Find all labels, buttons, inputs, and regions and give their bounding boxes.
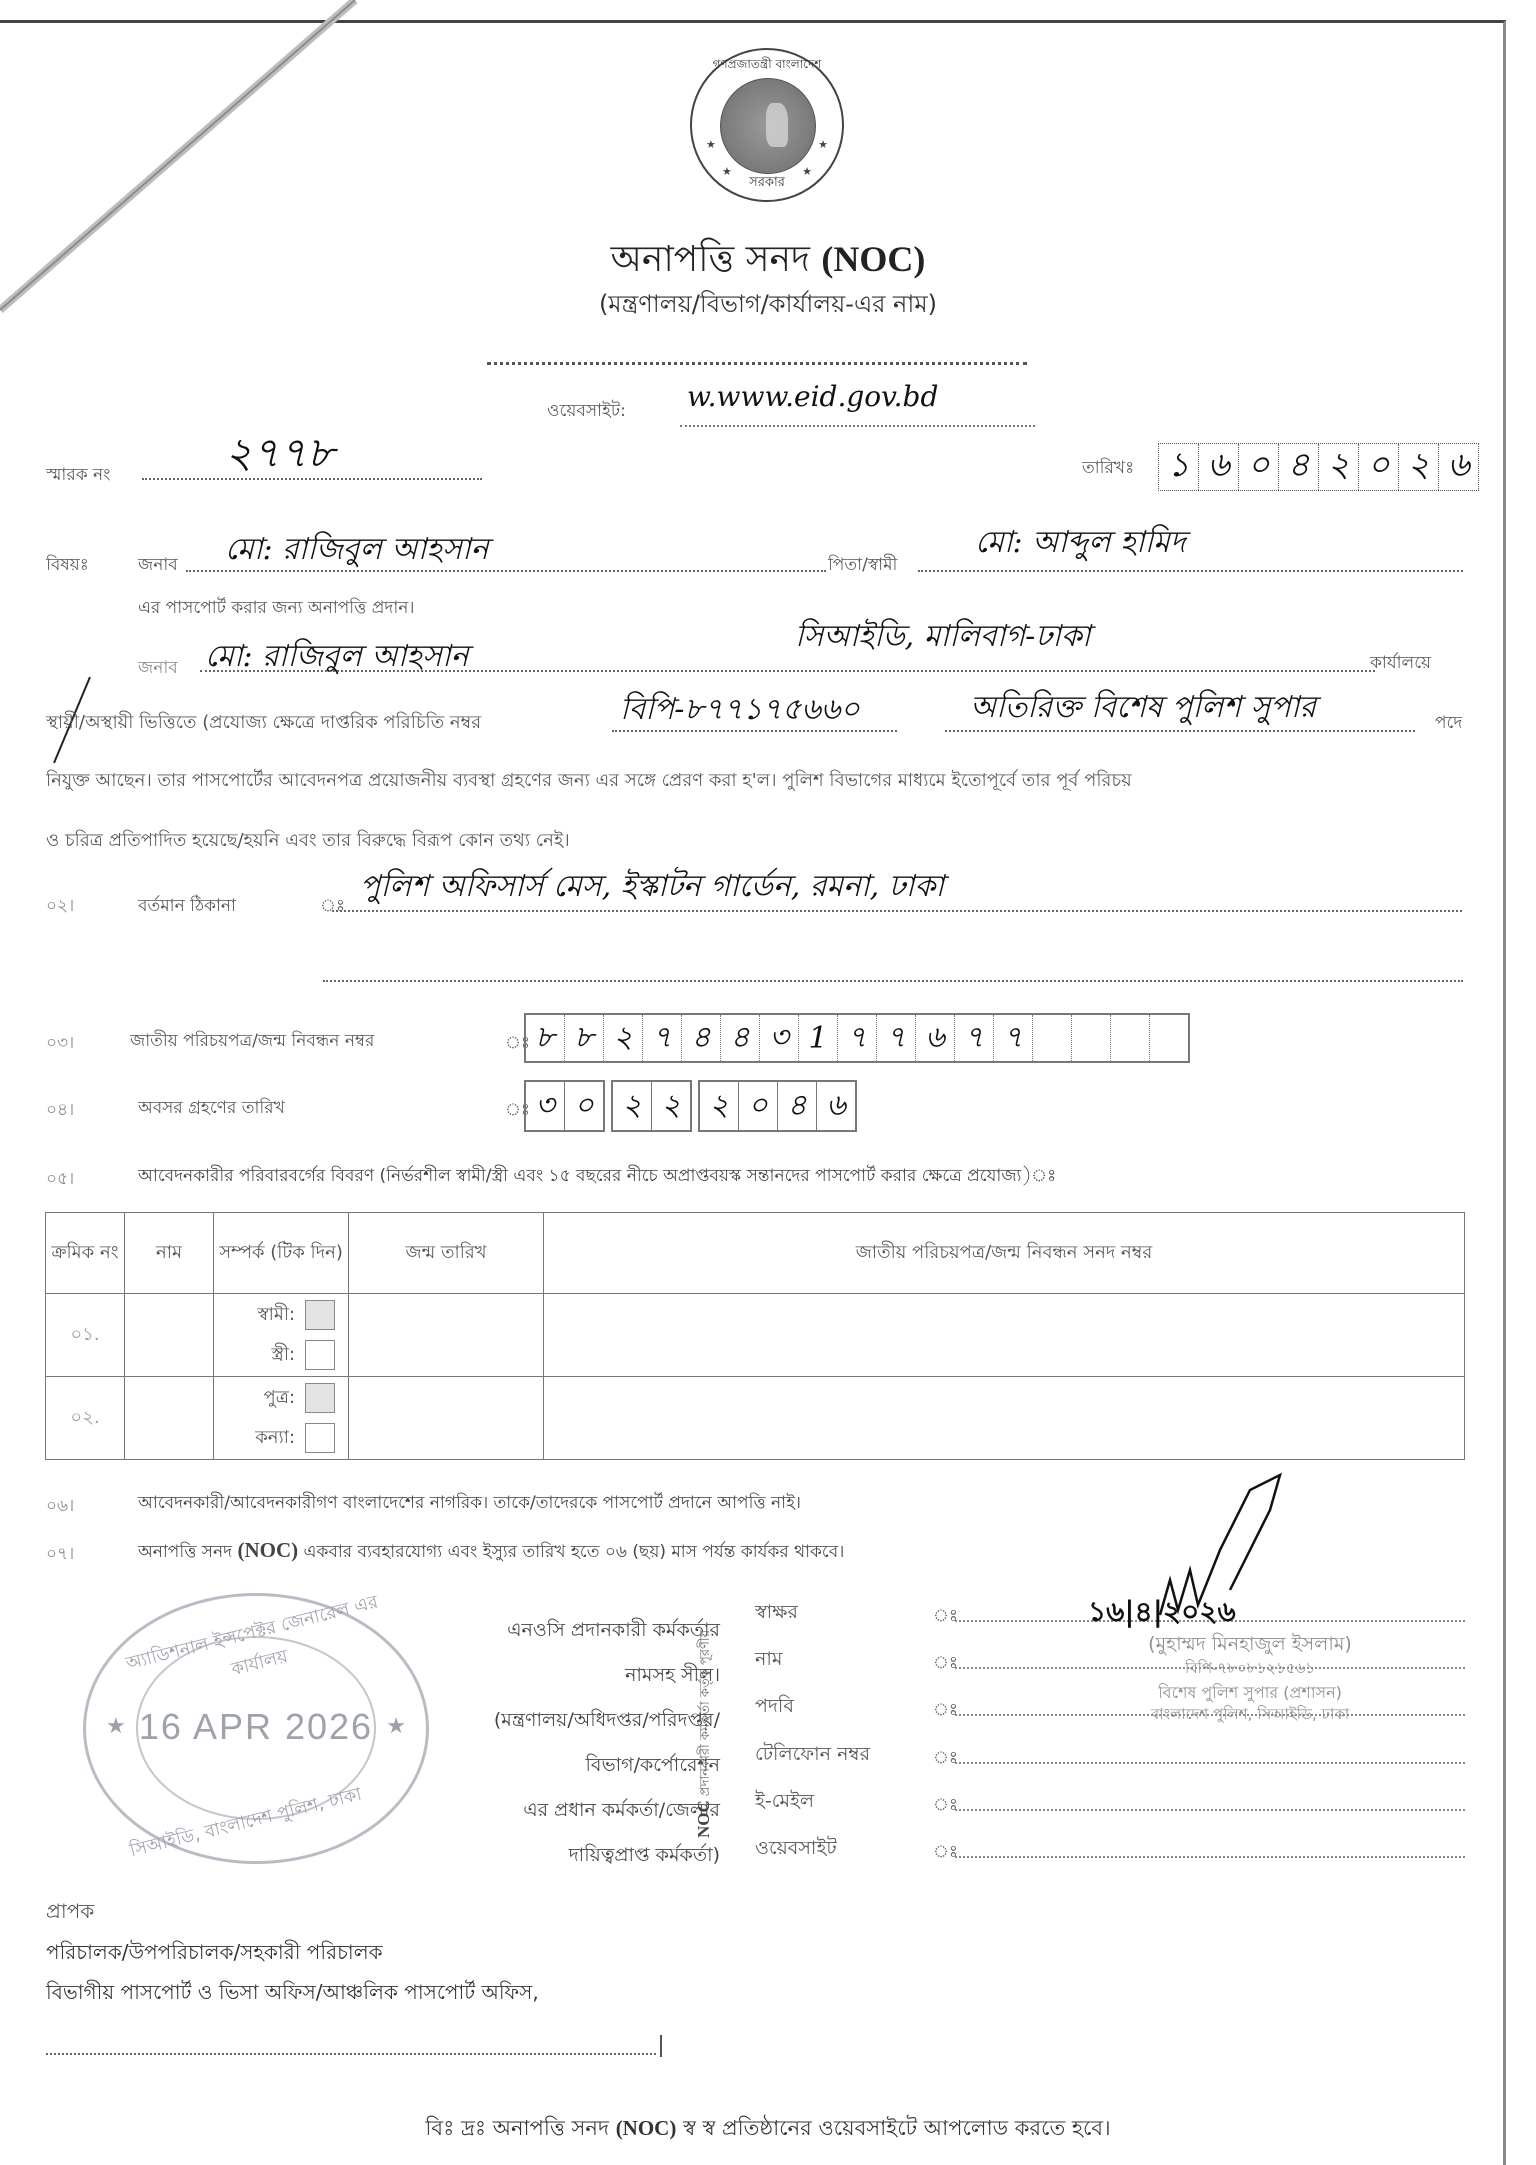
- item-number-03: ০৩।: [46, 1030, 74, 1058]
- father-label: পিতা/স্বামী: [828, 552, 897, 580]
- row-serial: ০১.: [46, 1294, 125, 1377]
- address-line-1: [332, 910, 1462, 912]
- item-number-05: ০৫।: [46, 1166, 74, 1194]
- subject-label: বিষয়ঃ: [46, 552, 89, 580]
- sig-field-signature-label: স্বাক্ষর: [755, 1598, 798, 1630]
- nid-digit-box[interactable]: ৭: [876, 1015, 915, 1061]
- email-field[interactable]: [955, 1809, 1465, 1811]
- declaration-citizen: আবেদনকারী/আবেদনকারীগণ বাংলাদেশের নাগরিক।…: [138, 1490, 801, 1518]
- date-digit-box[interactable]: ২: [1398, 444, 1438, 490]
- row-nid-cell[interactable]: [544, 1377, 1465, 1460]
- nid-label: জাতীয় পরিচয়পত্র/জন্ম নিবন্ধন নম্বর: [130, 1028, 374, 1056]
- seal-top-text: গণপ্রজাতন্ত্রী বাংলাদেশ: [692, 56, 842, 76]
- nid-digit-box[interactable]: ৪: [681, 1015, 720, 1061]
- sig-field-phone-label: টেলিফোন নম্বর: [755, 1740, 870, 1772]
- retirement-digit-box[interactable]: ৪: [777, 1082, 816, 1130]
- applicant-name-2[interactable]: মো: রাজিবুল আহসান: [205, 632, 469, 683]
- id-line-label: স্থায়ী/অস্থায়ী ভিত্তিতে (প্রযোজ্য ক্ষে…: [46, 708, 481, 739]
- website-field-line: [680, 425, 1035, 427]
- page-title: অনাপত্তি সনদ (NOC): [0, 232, 1536, 292]
- retirement-digit-box[interactable]: ২: [651, 1082, 690, 1130]
- janab-label-2: জনাব: [138, 655, 178, 683]
- nid-digit-box[interactable]: ৩: [759, 1015, 798, 1061]
- applicant-name[interactable]: মো: রাজিবুল আহসান: [225, 525, 489, 576]
- nid-digit-box[interactable]: [1032, 1015, 1071, 1061]
- sig-field-email-label: ই-মেইল: [755, 1787, 814, 1819]
- office-suffix: কার্যালয়ে: [1370, 650, 1431, 678]
- applicant-name-line: [186, 570, 826, 572]
- official-id[interactable]: বিপি-৮৭৭১৭৫৬৬০: [620, 685, 860, 736]
- date-label: তারিখঃ: [1082, 455, 1134, 483]
- father-name[interactable]: মো: আব্দুল হামিদ: [975, 518, 1186, 569]
- nid-digit-box[interactable]: ৬: [915, 1015, 954, 1061]
- retirement-date-boxes[interactable]: ৩০২২২০৪৬: [524, 1080, 857, 1132]
- recipient-office-field[interactable]: [46, 2053, 656, 2055]
- item-number-07: ০৭।: [46, 1541, 74, 1569]
- star-icon: ★: [106, 1714, 126, 1739]
- website-label: ওয়েবসাইট:: [547, 398, 626, 426]
- header-serial: ক্রমিক নং: [46, 1213, 125, 1294]
- header-dob: জন্ম তারিখ: [349, 1213, 544, 1294]
- phone-field[interactable]: [955, 1762, 1465, 1764]
- table-row: ০২. পুত্র: কন্যা:: [46, 1377, 1465, 1460]
- officer-seal-id: বিপি-৭৮০৮১২১৫৬১: [1080, 1657, 1420, 1682]
- designation[interactable]: অতিরিক্ত বিশেষ পুলিশ সুপার: [970, 683, 1316, 734]
- bangladesh-map-icon: [766, 103, 788, 147]
- memo-number[interactable]: ২৭৭৮: [225, 420, 334, 491]
- title-noc: (NOC): [821, 239, 925, 279]
- sig-field-website-label: ওয়েবসাইট: [755, 1834, 837, 1866]
- address-colon: ঃ: [320, 893, 345, 921]
- son-checkbox[interactable]: [305, 1383, 335, 1413]
- star-icon: ★: [818, 138, 828, 151]
- date-digit-box[interactable]: ৬: [1438, 444, 1478, 490]
- nid-digit-box[interactable]: [1071, 1015, 1110, 1061]
- office-line: [200, 670, 1375, 672]
- retirement-digit-box[interactable]: ৬: [816, 1082, 855, 1130]
- row-serial: ০২.: [46, 1377, 125, 1460]
- relation-option-husband[interactable]: স্বামী:: [215, 1295, 347, 1335]
- website-value[interactable]: w.www.eid.gov.bd: [687, 380, 938, 413]
- retirement-digit-box[interactable]: ২: [700, 1082, 738, 1130]
- header-relation: সম্পর্ক (টিক দিন): [214, 1213, 349, 1294]
- designation-line: [945, 730, 1415, 732]
- recipient-line1: পরিচালক/উপপরিচালক/সহকারী পরিচালক: [46, 1938, 383, 1971]
- date-digit-box[interactable]: ০: [1358, 444, 1398, 490]
- husband-checkbox[interactable]: [305, 1300, 335, 1330]
- nid-digit-box[interactable]: ৮: [526, 1015, 564, 1061]
- retirement-digit-box[interactable]: ৩: [526, 1082, 564, 1130]
- table-row: ০১. স্বামী: স্ত্রী:: [46, 1294, 1465, 1377]
- office-round-stamp: অ্যাডিশনাল ইন্সপেক্টর জেনারেল এর কার্যাল…: [83, 1593, 429, 1864]
- ministry-name-field[interactable]: [487, 362, 1027, 365]
- nid-digit-box[interactable]: [1110, 1015, 1149, 1061]
- nid-digit-box[interactable]: ৭: [993, 1015, 1032, 1061]
- nid-digit-box[interactable]: ৮: [564, 1015, 603, 1061]
- daughter-checkbox[interactable]: [305, 1423, 335, 1453]
- nid-digit-box[interactable]: ৭: [837, 1015, 876, 1061]
- relation-option-son[interactable]: পুত্র:: [215, 1378, 347, 1418]
- date-digit-box[interactable]: ০: [1238, 444, 1278, 490]
- date-digit-box[interactable]: ৬: [1198, 444, 1238, 490]
- header-name: নাম: [125, 1213, 214, 1294]
- item-number-02: ০২।: [46, 893, 74, 921]
- recipient-label: প্রাপক: [46, 1897, 94, 1930]
- recipient-field-end-mark: [660, 2035, 662, 2057]
- date-digit-box[interactable]: ২: [1318, 444, 1358, 490]
- retirement-digit-box[interactable]: ০: [564, 1082, 603, 1130]
- sig-field-name-label: নাম: [755, 1645, 782, 1677]
- seal-bottom-text: সরকার: [692, 173, 842, 194]
- janab-label: জনাব: [138, 552, 178, 580]
- row-relation-cell: স্বামী: স্ত্রী:: [214, 1294, 349, 1377]
- item-number-04: ০৪।: [46, 1097, 74, 1125]
- nid-digit-box[interactable]: ২: [603, 1015, 642, 1061]
- vertical-caption: NOC প্রদানকারী কর্মকর্তা কর্তৃক পূরণীয়: [694, 1603, 717, 1838]
- date-digit-box[interactable]: ১: [1159, 444, 1198, 490]
- retirement-digit-box[interactable]: ০: [738, 1082, 777, 1130]
- nid-digit-box[interactable]: ৪: [720, 1015, 759, 1061]
- address-label: বর্তমান ঠিকানা: [138, 893, 236, 921]
- nid-digit-box[interactable]: [1149, 1015, 1188, 1061]
- relation-option-daughter[interactable]: কন্যা:: [215, 1418, 347, 1458]
- retirement-date-group: ২০৪৬: [698, 1080, 857, 1132]
- officer-seal-instructions: এনওসি প্রদানকারী কর্মকর্তার নামসহ সীল। (…: [400, 1608, 720, 1878]
- nid-digit-box[interactable]: ৭: [954, 1015, 993, 1061]
- row-name-cell[interactable]: [125, 1294, 214, 1377]
- office-name[interactable]: সিআইডি, মালিবাগ-ঢাকা: [795, 612, 1091, 663]
- family-details-table: ক্রমিক নং নাম সম্পর্ক (টিক দিন) জন্ম তার…: [45, 1212, 1465, 1460]
- seal-emblem: [720, 78, 816, 174]
- title-bengali: অনাপত্তি সনদ: [611, 239, 810, 280]
- recipient-line2: বিভাগীয় পাসপোর্ট ও ভিসা অফিস/আঞ্চলিক পা…: [46, 1978, 539, 2011]
- body-paragraph-line2: নিযুক্ত আছেন। তার পাসপোর্টের আবেদনপত্র প…: [46, 766, 1466, 797]
- father-name-line: [918, 570, 1463, 572]
- footer-note: বিঃ দ্রঃ অনাপত্তি সনদ (NOC) স্ব স্ব প্রত…: [0, 2112, 1536, 2147]
- officer-seal-org: বাংলাদেশ পুলিশ, সিআইডি, ঢাকা: [1080, 1703, 1420, 1728]
- subject-line: এর পাসপোর্ট করার জন্য অনাপত্তি প্রদান।: [138, 595, 415, 623]
- header-nid: জাতীয় পরিচয়পত্র/জন্ম নিবন্ধন সনদ নম্বর: [544, 1213, 1465, 1294]
- sig-field-designation-label: পদবি: [755, 1692, 794, 1724]
- date-digit-box[interactable]: ৪: [1278, 444, 1318, 490]
- body-paragraph-line3: ও চরিত্র প্রতিপাদিত হয়েছে/হয়নি এবং তার…: [46, 826, 570, 857]
- row-dob-cell[interactable]: [349, 1377, 544, 1460]
- retirement-date-group: ৩০: [524, 1080, 605, 1132]
- page-subtitle: (মন্ত্রণালয়/বিভাগ/কার্যালয়-এর নাম): [0, 286, 1536, 326]
- row-dob-cell[interactable]: [349, 1294, 544, 1377]
- wife-checkbox[interactable]: [305, 1340, 335, 1370]
- table-header-row: ক্রমিক নং নাম সম্পর্ক (টিক দিন) জন্ম তার…: [46, 1213, 1465, 1294]
- row-relation-cell: পুত্র: কন্যা:: [214, 1377, 349, 1460]
- relation-option-wife[interactable]: স্ত্রী:: [215, 1335, 347, 1375]
- nid-boxes[interactable]: ৮৮২৭৪৪৩1৭৭৬৭৭: [524, 1013, 1190, 1063]
- date-boxes[interactable]: ১৬০৪২০২৬: [1158, 443, 1479, 491]
- government-seal: গণপ্রজাতন্ত্রী বাংলাদেশ ★ ★ ★ ★ সরকার: [690, 48, 844, 202]
- official-id-line: [612, 730, 897, 732]
- star-icon: ★: [706, 138, 716, 151]
- retirement-label: অবসর গ্রহণের তারিখ: [138, 1095, 285, 1123]
- declaration-validity: অনাপত্তি সনদ (NOC) একবার ব্যবহারযোগ্য এব…: [138, 1538, 844, 1567]
- website-field[interactable]: [955, 1856, 1465, 1858]
- nid-digit-box[interactable]: 1: [798, 1015, 837, 1061]
- present-address[interactable]: পুলিশ অফিসার্স মেস, ইস্কাটন গার্ডেন, রমন…: [360, 862, 944, 913]
- family-intro-label: আবেদনকারীর পরিবারবর্গের বিবরণ (নির্ভরশীল…: [138, 1163, 1056, 1191]
- retirement-digit-box[interactable]: ২: [613, 1082, 651, 1130]
- designation-suffix: পদে: [1435, 710, 1462, 738]
- nid-digit-box[interactable]: ৭: [642, 1015, 681, 1061]
- stamp-date: 16 APR 2026: [86, 1706, 426, 1748]
- memo-label: স্মারক নং: [46, 462, 110, 490]
- memo-field-line: [142, 478, 482, 480]
- row-nid-cell[interactable]: [544, 1294, 1465, 1377]
- row-name-cell[interactable]: [125, 1377, 214, 1460]
- address-line-2[interactable]: [323, 980, 1463, 982]
- retirement-date-group: ২২: [611, 1080, 692, 1132]
- item-number-06: ০৬।: [46, 1493, 74, 1521]
